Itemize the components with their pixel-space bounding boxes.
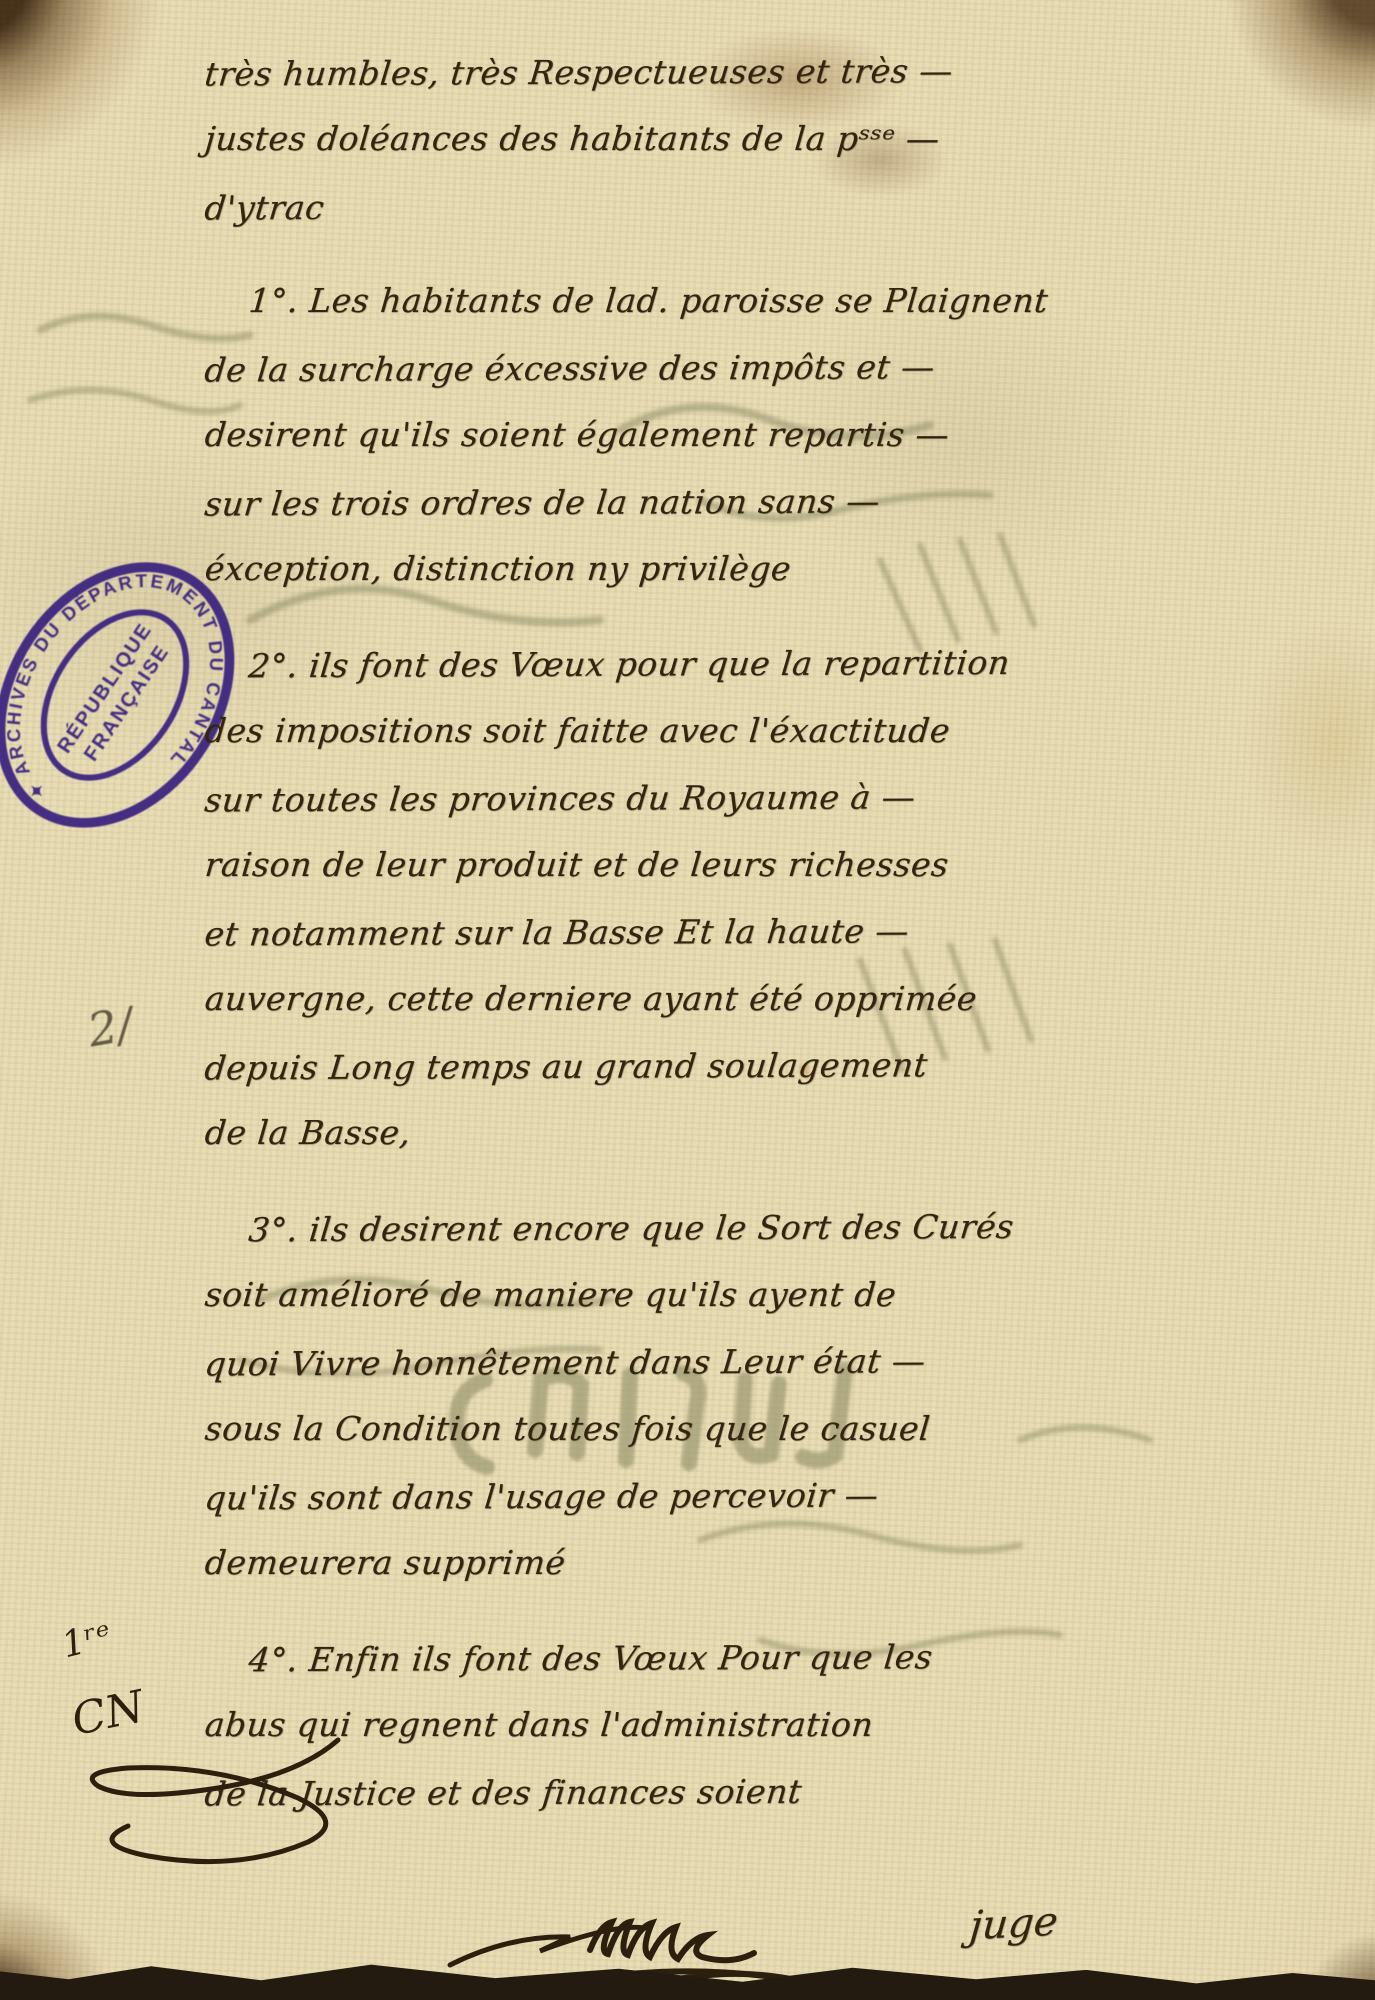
manuscript-line: demeurera supprimé [202,1529,1338,1596]
manuscript-line: 3°. ils desirent encore que le Sort des … [201,1192,1338,1264]
manuscript-line: sous la Condition toutes fois que le cas… [202,1395,1338,1462]
manuscript-line: soit amélioré de maniere qu'ils ayent de [202,1261,1338,1328]
manuscript-line: 1°. Les habitants de lad. paroisse se Pl… [202,267,1338,334]
margin-flourish [38,1710,378,1910]
manuscript-line: desirent qu'ils soient également reparti… [202,401,1338,468]
manuscript-line: et notamment sur la Basse Et la haute — [201,896,1338,968]
margin-note-sheet-number: 2/ [84,997,137,1058]
manuscript-line: de la surcharge éxcessive des impôts et … [201,332,1338,404]
manuscript-line: auvergne, cette derniere ayant été oppri… [202,965,1338,1032]
manuscript-line: très humbles, très Respectueuses et très… [201,36,1338,108]
manuscript-line: éxception, distinction ny privilège [202,535,1338,602]
manuscript-line: qu'ils sont dans l'usage de percevoir — [201,1460,1338,1532]
manuscript-line: 4°. Enfin ils font des Vœux Pour que les [201,1622,1338,1694]
manuscript-line: raison de leur produit et de leurs riche… [202,831,1338,898]
manuscript-line: justes doléances des habitants de la pˢˢ… [202,105,1338,172]
manuscript-line: de la Basse, [202,1099,1338,1166]
manuscript-line: sur les trois ordres de la nation sans — [201,466,1338,538]
manuscript-text-block: très humbles, très Respectueuses et très… [205,38,1335,1825]
manuscript-line: des impositions soit faitte avec l'éxact… [202,697,1338,764]
manuscript-line: quoi Vivre honnêtement dans Leur état — [201,1326,1338,1398]
manuscript-line: sur toutes les provinces du Royaume à — [201,762,1338,834]
signature-title: juge [968,1899,1060,1950]
manuscript-line: depuis Long temps au grand soulagement [201,1030,1338,1102]
manuscript-line: 2°. ils font des Vœux pour que la repart… [201,628,1338,700]
manuscript-line: d'ytrac [201,170,1338,242]
scanned-document-page: ✦ ARCHIVES DU DÉPARTEMENT DU CANTAL RÉPU… [0,0,1375,2000]
